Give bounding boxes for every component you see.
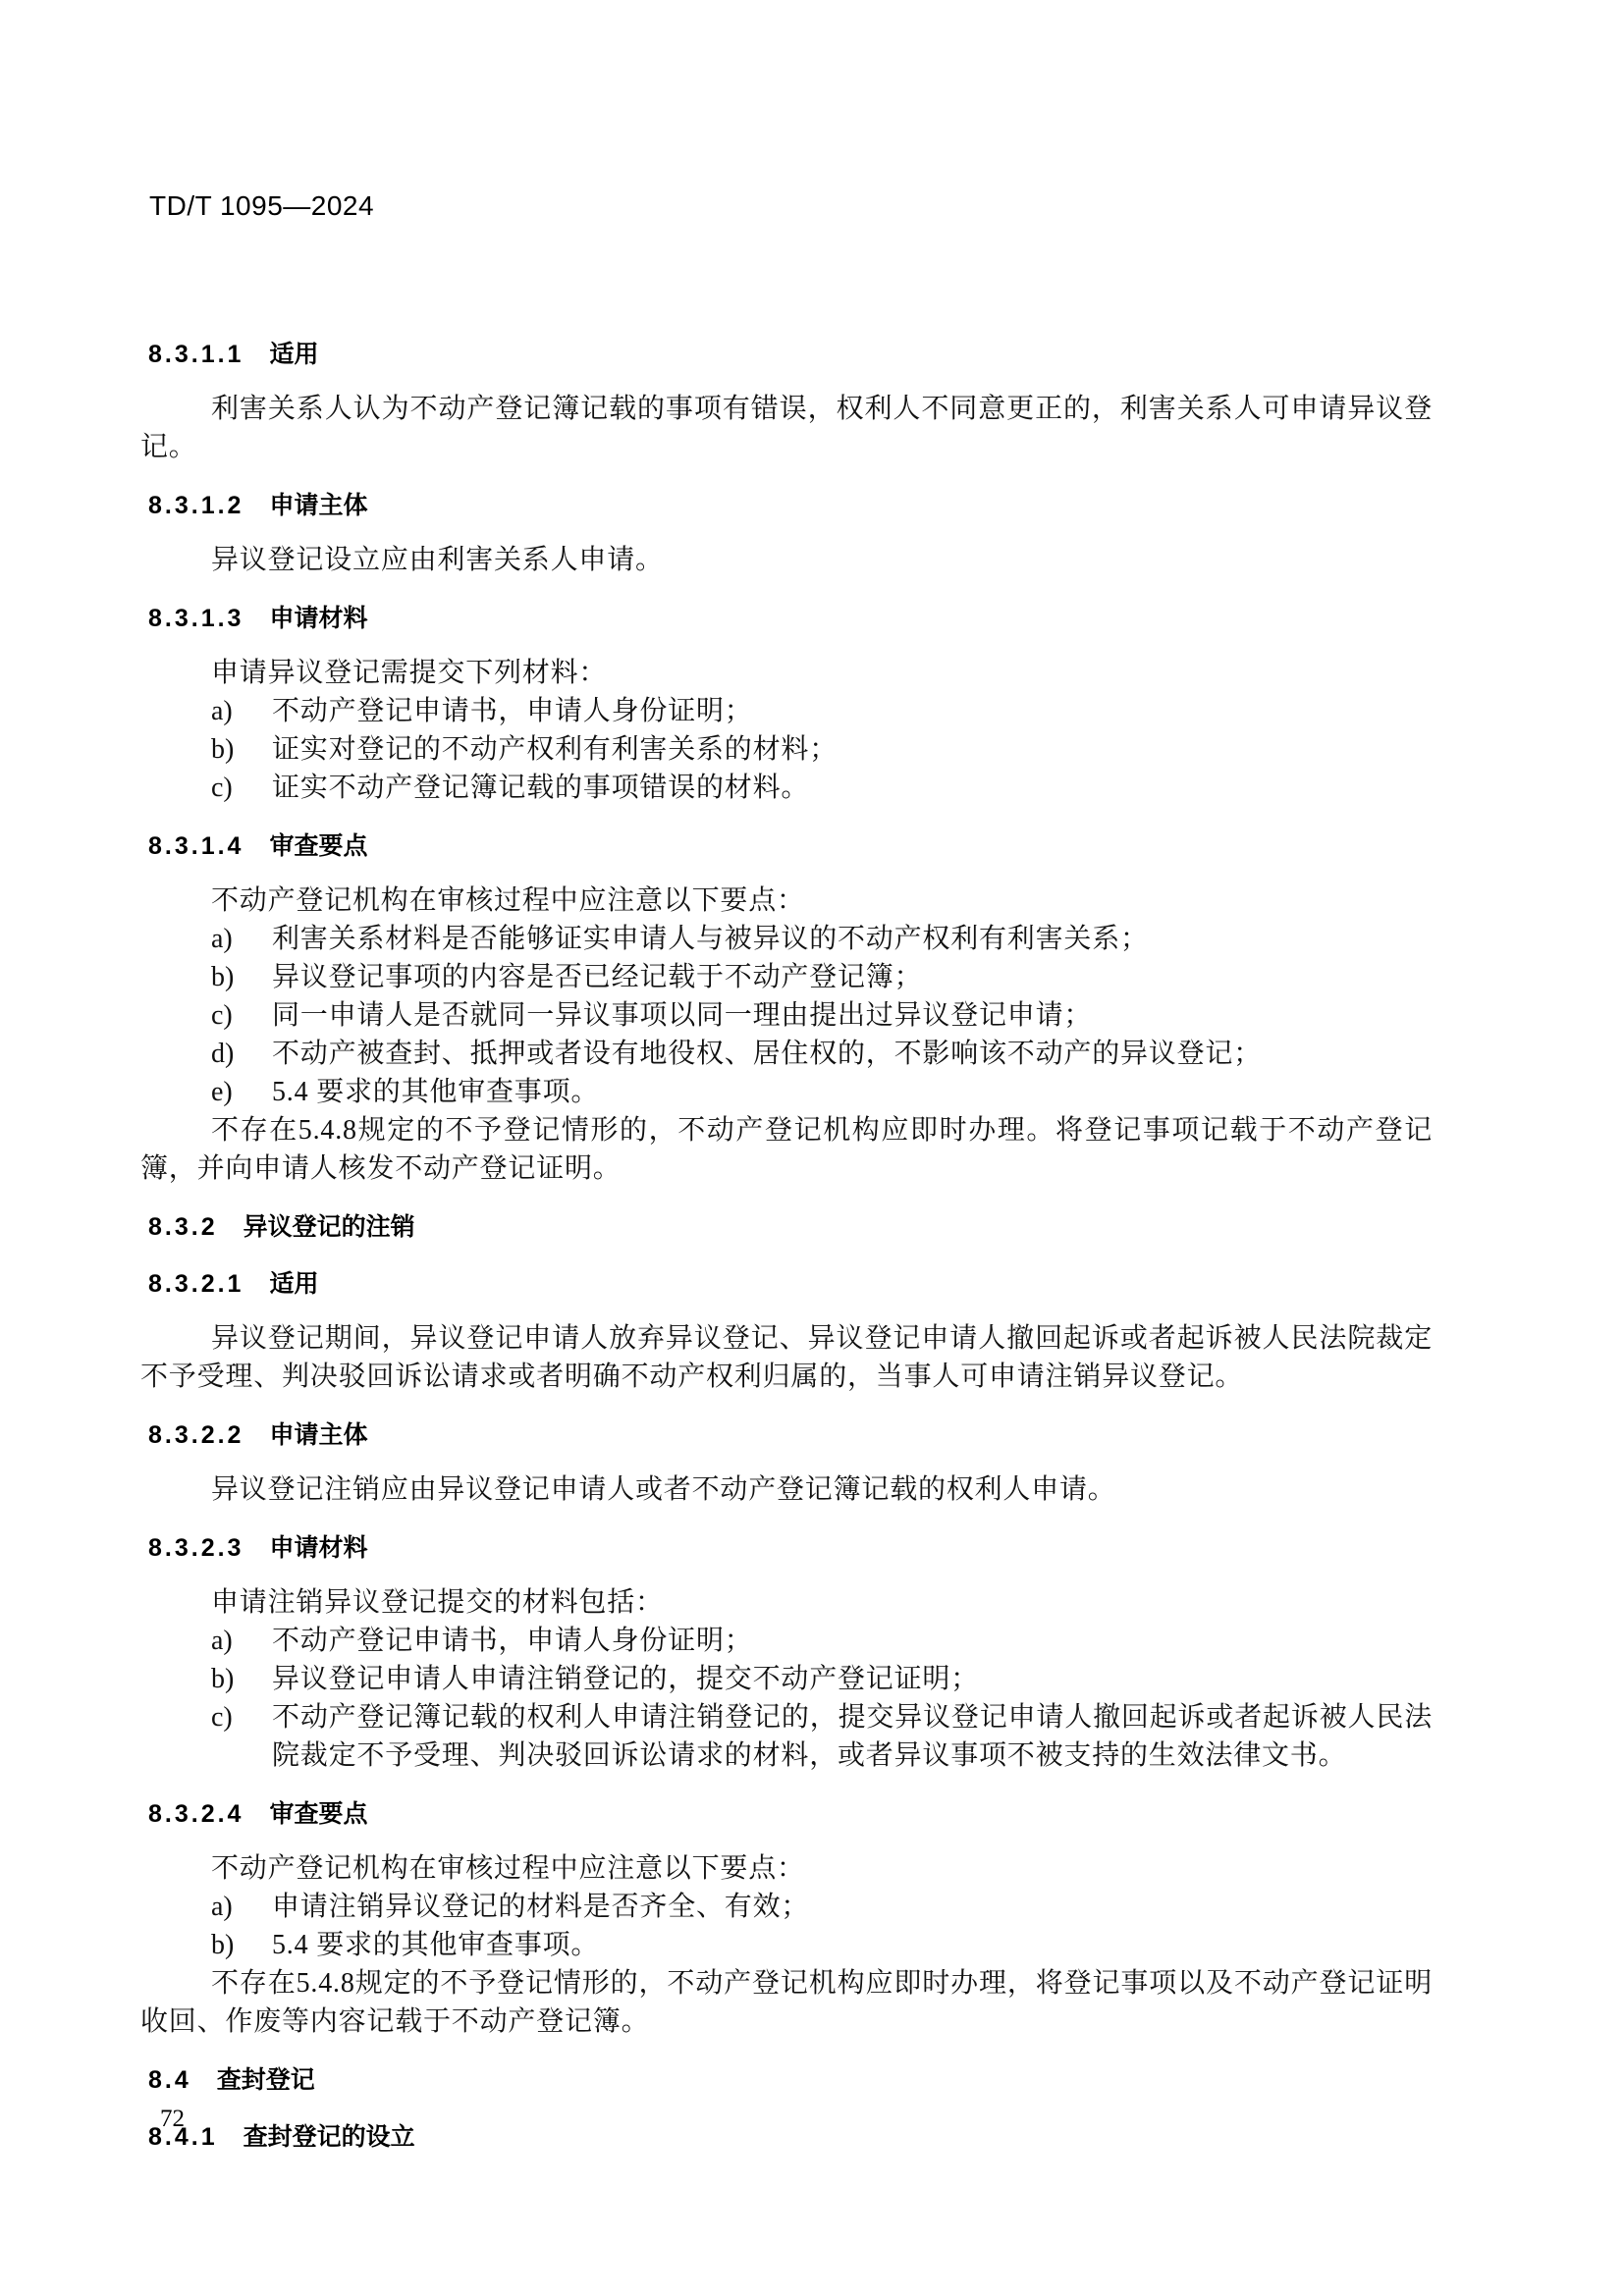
list-item: a)不动产登记申请书，申请人身份证明； [140, 1622, 1433, 1660]
list-item: a)申请注销异议登记的材料是否齐全、有效； [140, 1888, 1433, 1926]
list-item: b)异议登记事项的内容是否已经记载于不动产登记簿； [140, 958, 1433, 996]
document-content: 8.3.1.1适用利害关系人认为不动产登记簿记载的事项有错误，权利人不同意更正的… [140, 315, 1433, 2172]
section-heading: 8.3.1.4审查要点 [140, 828, 1433, 864]
section-title: 申请主体 [269, 492, 367, 519]
section-number: 8.3.2 [148, 1213, 218, 1241]
list-item-label: c) [211, 1698, 233, 1736]
list-item-label: a) [211, 1888, 233, 1926]
section-heading: 8.3.1.1适用 [140, 337, 1433, 372]
list-item: a)利害关系材料是否能够证实申请人与被异议的不动产权利有利害关系； [140, 920, 1433, 958]
list-item: b)异议登记申请人申请注销登记的，提交不动产登记证明； [140, 1660, 1433, 1698]
paragraph: 异议登记设立应由利害关系人申请。 [140, 541, 1433, 579]
section-title: 申请材料 [269, 1534, 367, 1562]
paragraph: 不动产登记机构在审核过程中应注意以下要点： [140, 1849, 1433, 1888]
list-item-text: 异议登记事项的内容是否已经记载于不动产登记簿； [272, 962, 922, 992]
section-title: 审查要点 [269, 832, 367, 860]
list-item-text: 5.4 要求的其他审查事项。 [272, 1077, 599, 1107]
list-item-label: b) [211, 730, 234, 769]
list-item-text: 不动产登记申请书，申请人身份证明； [272, 1626, 753, 1656]
paragraph: 异议登记注销应由异议登记申请人或者不动产登记簿记载的权利人申请。 [140, 1470, 1433, 1509]
list-item-label: a) [211, 692, 233, 730]
list-item-label: c) [211, 996, 233, 1035]
section-number: 8.3.1.1 [148, 341, 244, 368]
section-heading: 8.3.2.1适用 [140, 1266, 1433, 1302]
list-item-text: 异议登记申请人申请注销登记的，提交不动产登记证明； [272, 1664, 979, 1694]
document-code-header: TD/T 1095—2024 [149, 190, 374, 222]
section-number: 8.3.2.1 [148, 1270, 244, 1298]
list-item-text: 5.4 要求的其他审查事项。 [272, 1930, 599, 1960]
list-item-label: a) [211, 1622, 233, 1660]
section-title: 异议登记的注销 [244, 1213, 415, 1241]
list-item: a)不动产登记申请书，申请人身份证明； [140, 692, 1433, 730]
section-heading: 8.4.1查封登记的设立 [140, 2119, 1433, 2155]
list-item-text: 证实不动产登记簿记载的事项错误的材料。 [272, 773, 809, 803]
list-item: b)5.4 要求的其他审查事项。 [140, 1926, 1433, 1964]
list-item: e)5.4 要求的其他审查事项。 [140, 1073, 1433, 1111]
section-title: 查封登记 [217, 2066, 315, 2094]
section-title: 查封登记的设立 [244, 2123, 415, 2151]
section-title: 适用 [269, 341, 318, 368]
section-heading: 8.3.1.2申请主体 [140, 488, 1433, 523]
list-item-text: 利害关系材料是否能够证实申请人与被异议的不动产权利有利害关系； [272, 924, 1149, 954]
paragraph: 不存在5.4.8规定的不予登记情形的，不动产登记机构应即时办理。将登记事项记载于… [140, 1111, 1433, 1188]
list-item-text: 不动产被查封、抵押或者设有地役权、居住权的，不影响该不动产的异议登记； [272, 1039, 1262, 1069]
list-item-label: b) [211, 1926, 234, 1964]
paragraph: 利害关系人认为不动产登记簿记载的事项有错误，权利人不同意更正的，利害关系人可申请… [140, 390, 1433, 466]
section-heading: 8.3.1.3申请材料 [140, 601, 1433, 636]
paragraph: 申请注销异议登记提交的材料包括： [140, 1583, 1433, 1622]
standard-document-page: TD/T 1095—2024 8.3.1.1适用利害关系人认为不动产登记簿记载的… [0, 0, 1624, 2296]
section-number: 8.3.1.2 [148, 492, 244, 519]
paragraph: 申请异议登记需提交下列材料： [140, 654, 1433, 692]
list-item: c)证实不动产登记簿记载的事项错误的材料。 [140, 769, 1433, 807]
list-item-label: e) [211, 1073, 233, 1111]
section-number: 8.3.2.3 [148, 1534, 244, 1562]
section-title: 适用 [269, 1270, 318, 1298]
section-title: 申请主体 [269, 1421, 367, 1449]
list-item-text: 不动产登记簿记载的权利人申请注销登记的，提交异议登记申请人撤回起诉或者起诉被人民… [272, 1702, 1433, 1771]
section-number: 8.3.1.3 [148, 605, 244, 632]
section-number: 8.3.1.4 [148, 832, 244, 860]
list-item: c)同一申请人是否就同一异议事项以同一理由提出过异议登记申请； [140, 996, 1433, 1035]
list-item-label: a) [211, 920, 233, 958]
list-item-label: c) [211, 769, 233, 807]
section-heading: 8.3.2.2申请主体 [140, 1417, 1433, 1453]
list-item-label: b) [211, 1660, 234, 1698]
section-heading: 8.4查封登记 [140, 2062, 1433, 2098]
section-number: 8.4 [148, 2066, 191, 2094]
list-item-label: b) [211, 958, 234, 996]
paragraph: 异议登记期间，异议登记申请人放弃异议登记、异议登记申请人撤回起诉或者起诉被人民法… [140, 1319, 1433, 1396]
list-item: b)证实对登记的不动产权利有利害关系的材料； [140, 730, 1433, 769]
list-item: c)不动产登记簿记载的权利人申请注销登记的，提交异议登记申请人撤回起诉或者起诉被… [140, 1698, 1433, 1775]
section-number: 8.3.2.2 [148, 1421, 244, 1449]
list-item-text: 同一申请人是否就同一异议事项以同一理由提出过异议登记申请； [272, 1000, 1092, 1031]
list-item: d)不动产被查封、抵押或者设有地役权、居住权的，不影响该不动产的异议登记； [140, 1035, 1433, 1073]
list-item-label: d) [211, 1035, 234, 1073]
list-item-text: 申请注销异议登记的材料是否齐全、有效； [272, 1892, 809, 1922]
page-number: 72 [160, 2105, 185, 2134]
section-heading: 8.3.2.4审查要点 [140, 1796, 1433, 1832]
section-title: 审查要点 [269, 1800, 367, 1828]
list-item-text: 证实对登记的不动产权利有利害关系的材料； [272, 734, 838, 765]
section-heading: 8.3.2.3申请材料 [140, 1530, 1433, 1566]
list-item-text: 不动产登记申请书，申请人身份证明； [272, 696, 753, 726]
section-number: 8.3.2.4 [148, 1800, 244, 1828]
section-heading: 8.3.2异议登记的注销 [140, 1209, 1433, 1245]
section-title: 申请材料 [269, 605, 367, 632]
paragraph: 不动产登记机构在审核过程中应注意以下要点： [140, 881, 1433, 920]
paragraph: 不存在5.4.8规定的不予登记情形的，不动产登记机构应即时办理，将登记事项以及不… [140, 1964, 1433, 2041]
